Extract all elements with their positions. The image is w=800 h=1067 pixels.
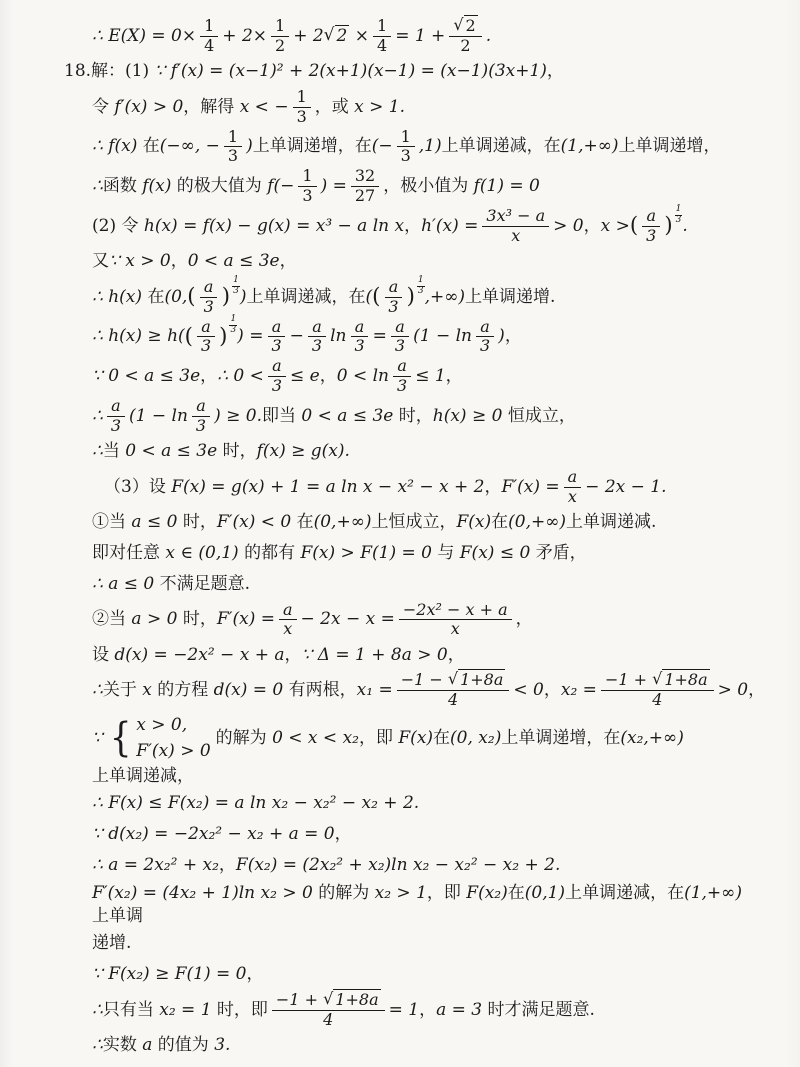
math-text: 上恒成立， [372,511,457,534]
math-text: ln [330,325,346,348]
math-text: a > 0 [131,608,182,631]
math-line: ∴当 0 < a ≤ 3e 时，f(x) ≥ g(x). [0,437,800,467]
fraction: a3 [268,357,286,396]
fraction: 3227 [351,167,379,206]
math-text: ≤ e [290,365,320,388]
math-text: 有两根， [289,679,357,702]
math-text: ∵ 0 < a ≤ 3e [92,365,200,388]
fraction: a3 [192,397,210,436]
math-line: ∴函数 f(x) 的极大值为 f(−13) =3227，极小值为 f(1) = … [0,167,800,206]
math-text: ∵ F(x₂) ≥ F(1) = 0 [92,963,246,986]
math-text: ∴ [92,175,103,198]
math-text: 不满足题意. [160,573,250,596]
math-text: 上单调递增，在 [253,135,372,158]
math-text: (−∞, − [160,135,220,158]
cases-system: {x > 0,F′(x) > 0 [108,711,211,765]
math-text: a [142,1034,158,1057]
math-line: ∴ h(x) 在(0,(a3)13)上单调递减，在((a3)13,+∞)上单调递… [0,278,800,317]
math-line: ∵{x > 0,F′(x) > 0的解为 0 < x < x₂，即 F(x)在(… [0,711,800,788]
math-text: (0,1) [525,882,565,905]
sqrt-radical: √2 [324,26,350,46]
math-text: ∴ [92,440,103,463]
math-text: x < − [240,96,289,119]
math-text: − 2x − x = [301,608,395,631]
case-row: F′(x) > 0 [136,738,210,764]
math-text: 与 [437,542,459,565]
powered-fraction: (a3)13 [372,278,425,317]
math-text: ， [547,60,564,83]
math-text: 的解为 [318,882,374,905]
math-text: ，极小值为 [383,175,473,198]
math-text: 时， [183,608,217,631]
math-text: ， [748,679,765,702]
math-text: ，即 [359,727,398,750]
fraction-exponent: 13 [229,315,237,336]
math-text: (1 − ln [413,325,472,348]
math-text: x₁ = [357,679,393,702]
math-text: 又 [92,250,109,273]
math-text: 设 [92,644,114,667]
fraction: a3 [384,278,402,317]
math-text: ∵ [92,727,103,750]
math-text: ) [246,135,253,158]
math-text: ， [484,476,501,499]
fraction: a3 [267,318,285,357]
math-text: ， [516,608,533,631]
fraction: −1 + √1+8a4 [272,991,385,1030]
math-text: d(x) = 0 [214,679,289,702]
math-text: 上单调递减，在 [565,882,684,905]
math-text: 实数 [103,1034,142,1057]
math-text: 的都有 [244,542,300,565]
math-line: ∴a3(1 − lna3) ≥ 0.即当 0 < a ≤ 3e 时，h(x) ≥… [0,397,800,436]
math-text: F(x) ≤ 0 [460,542,536,565]
fraction: a3 [391,318,409,357]
fraction: a3 [642,207,660,246]
math-line: ①当 a ≤ 0 时，F′(x) < 0 在(0,+∞)上恒成立，F(x)在(0… [0,508,800,538]
math-text: ∴ [92,679,103,702]
powered-fraction: (a3)13 [630,207,683,246]
math-text: 上单调递增， [619,135,721,158]
math-text: h(x) = f(x) − g(x) = x³ − a ln x [144,215,404,238]
math-line: 递增. [0,929,800,959]
math-text: 0 < ln [337,365,389,388]
math-text: ) [240,286,247,309]
math-text: h′(x) = [421,215,478,238]
math-text: x > 1. [354,96,405,119]
math-text: f(1) = 0 [474,175,540,198]
math-text: ∴ f(x) [92,135,143,158]
math-text: > 0 [553,215,583,238]
math-text: 3. [214,1034,230,1057]
math-text: ， [200,365,217,388]
math-text: ,+∞) [425,286,465,309]
math-text: ， [320,365,337,388]
math-text: ， [446,365,463,388]
math-text: 的极大值为 [177,175,267,198]
math-text: ≤ 1 [415,365,445,388]
sqrt-radical: √1+8a [448,670,506,689]
math-text: ， [505,325,522,348]
math-text: 在 [433,727,450,750]
math-text: F′(x) = [501,476,559,499]
math-text: (1 − ln [129,405,188,428]
powered-fraction: (a3)13 [185,318,238,357]
math-text: 上单调递增，在 [501,727,620,750]
math-text: ∵ Δ = 1 + 8a > 0 [301,644,447,667]
math-text: (0,+∞) [508,511,566,534]
math-line: 设 d(x) = −2x² − x + a，∵ Δ = 1 + 8a > 0， [0,640,800,670]
math-text: d(x) = −2x² − x + a [114,644,284,667]
math-text: ②当 [92,608,131,631]
math-text: 0 < a ≤ 3e [188,250,280,273]
fraction: 14 [373,17,391,56]
math-text: 时， [223,440,257,463]
math-text: 上单调递减，在 [442,135,561,158]
math-text: 上单调递减，在 [246,286,365,309]
math-text: 上单调递增. [465,286,555,309]
math-text: f′(x) > 0 [114,96,183,119]
fraction: a3 [200,278,218,317]
fraction: √22 [449,17,481,56]
math-text: (2) 令 [92,215,144,238]
math-line: ②当 a > 0 时，F′(x) =ax− 2x − x =−2x² − x +… [0,601,800,640]
fraction: 14 [200,17,218,56]
math-line: ∴只有当 x₂ = 1 时，即−1 + √1+8a4= 1，a = 3 时才满足… [0,991,800,1030]
math-text: (0, [164,286,187,309]
math-text: x > [601,215,630,238]
math-text: 时， [183,511,217,534]
math-text: 的值为 [158,1034,214,1057]
math-line: ∴关于 x 的方程 d(x) = 0 有两根，x₁ =−1 − √1+8a4< … [0,671,800,710]
math-text: ， [219,854,236,877]
math-text: x₂ > 1 [375,882,427,905]
sqrt-radical: √1+8a [323,990,381,1009]
math-text: ∵ f′(x) = (x−1)² + 2(x+1)(x−1) = (x−1)(3… [155,60,547,83]
math-text: ∴ E(X) = 0× [92,25,196,48]
math-line: （3）设 F(x) = g(x) + 1 = a ln x − x² − x +… [0,468,800,507]
math-text: ∵ d(x₂) = −2x₂² − x₂ + a = 0 [92,823,335,846]
math-text: ( [365,286,372,309]
math-text: 令 [92,96,114,119]
math-text: 上单调 [92,905,143,928]
math-line: ∵ d(x₂) = −2x₂² − x₂ + a = 0， [0,820,800,850]
math-text: a = 3 [436,999,487,1022]
math-text: = [373,325,387,348]
math-line: (2) 令 h(x) = f(x) − g(x) = x³ − a ln x，h… [0,207,800,246]
fraction: 13 [298,167,316,206]
math-line: ∵ 0 < a ≤ 3e，∴ 0 <a3≤ e，0 < lna3≤ 1， [0,357,800,396]
math-text: ∴ [92,1034,103,1057]
left-brace: { [110,711,132,765]
math-text: > 0 [718,679,748,702]
math-text: 的解为 [216,727,272,750]
math-text: F(x) [457,511,492,534]
fraction: a3 [107,397,125,436]
math-text: ∴ h(x) [92,286,147,309]
math-solution-body: ∴ E(X) = 0×14+ 2×12+ 2√2 ×14= 1 +√22.18.… [0,17,800,1061]
math-text: . [486,25,491,48]
fraction-exponent: 13 [675,205,683,226]
math-text: ， [280,250,297,273]
math-line: ∴ E(X) = 0×14+ 2×12+ 2√2 ×14= 1 +√22. [0,17,800,56]
math-text: ，解得 [183,96,239,119]
math-text: (1,+∞) [561,135,619,158]
math-text: 恒成立， [508,405,576,428]
math-text: 0 < a ≤ 3e [125,440,222,463]
math-text: 当 [103,440,125,463]
math-text: f(x) ≥ g(x). [257,440,350,463]
math-line: ∴ h(x) ≥ h((a3)13) =a3−a3lna3=a3(1 − lna… [0,318,800,357]
math-text: F(x) > F(1) = 0 [301,542,438,565]
math-text: ) = [237,325,263,348]
math-text: ①当 [92,511,131,534]
fraction: 12 [271,17,289,56]
math-text: 0 < a ≤ 3e [301,405,398,428]
math-text: 时， [399,405,433,428]
math-text: 上单调递减. [566,511,656,534]
fraction: a3 [197,318,215,357]
math-line: 令 f′(x) > 0，解得 x < −13，或 x > 1. [0,88,800,127]
math-text: 只有当 [103,999,159,1022]
math-text: = 1 + [395,25,445,48]
sqrt-radical: √1+8a [652,670,710,689]
math-text: a ≤ 0 [131,511,182,534]
math-text: F(x₂) [466,882,507,905]
fraction: 13 [397,128,415,167]
math-line: 即对任意 x ∈ (0,1) 的都有 F(x) > F(1) = 0 与 F(x… [0,539,800,569]
math-line: ∴ f(x) 在(−∞, −13)上单调递增，在(−13,1)上单调递减，在(1… [0,128,800,167]
sqrt-radical: √2 [453,16,477,35]
math-line: ∴ a = 2x₂² + x₂，F(x₂) = (2x₂² + x₂)ln x₂… [0,851,800,881]
math-text: h(x) ≥ 0 [433,405,508,428]
powered-fraction: (a3)13 [187,278,240,317]
math-text: x₂ = 1 [159,999,217,1022]
math-text: 在 [297,511,314,534]
math-text: ，即 [427,882,466,905]
math-text: 矛盾， [536,542,587,565]
math-text: 在 [147,286,164,309]
math-text: 在 [143,135,160,158]
math-text: ， [584,215,601,238]
math-text: ) = [321,175,347,198]
math-text: ∴ [92,999,103,1022]
math-text: (0, x₂) [450,727,501,750]
math-text: < 0 [513,679,543,702]
math-line: ∵ F(x₂) ≥ F(1) = 0， [0,960,800,990]
math-text: ∴ a ≤ 0 [92,573,160,596]
math-text: F(x) = g(x) + 1 = a ln x − x² − x + 2 [171,476,484,499]
math-text: (1,+∞) [684,882,742,905]
fraction: ax [279,601,297,640]
math-text: 在 [508,882,525,905]
math-line: 又∵ x > 0，0 < a ≤ 3e， [0,247,800,277]
fraction: a3 [393,357,411,396]
fraction: 13 [224,128,242,167]
math-text: ∴ 0 < [217,365,264,388]
math-text: ， [171,250,188,273]
math-text: + 2× [222,25,267,48]
math-text: ,1) [419,135,442,158]
math-text: x [142,679,157,702]
math-text: 时才满足题意. [488,999,595,1022]
fraction: 3x³ − ax [482,207,549,246]
math-text: (− [372,135,393,158]
math-text: ∴ [92,405,103,428]
math-text: ) ≥ 0. [214,405,262,428]
fraction: ax [564,468,582,507]
math-text: 上单调递减， [92,765,194,788]
fraction: −1 + √1+8a4 [601,671,714,710]
fraction: a3 [308,318,326,357]
math-text: − [290,325,304,348]
math-text: (x₂,+∞) [620,727,683,750]
math-text: f(x) [142,175,177,198]
math-text: 在 [491,511,508,534]
math-text: （3）设 [104,476,171,499]
math-text: (0,+∞) [314,511,372,534]
math-text: 的方程 [157,679,213,702]
scanned-document-page: ∴ E(X) = 0×14+ 2×12+ 2√2 ×14= 1 +√22.18.… [0,0,800,1067]
math-text: 即对任意 [92,542,165,565]
math-line: 18.解：(1) ∵ f′(x) = (x−1)² + 2(x+1)(x−1) … [0,57,800,87]
math-text: ， [284,644,301,667]
math-text: x₂ = [561,679,597,702]
math-text: = 1 [389,999,419,1022]
math-text: ∴ a = 2x₂² + x₂ [92,854,219,877]
math-text: F′(x) = [217,608,275,631]
math-text: 关于 [103,679,142,702]
math-text: ， [404,215,421,238]
math-text: F(x) [398,727,433,750]
math-text: ， [448,644,465,667]
fraction-exponent: 13 [417,276,425,297]
fraction: a3 [476,318,494,357]
math-text: ， [544,679,561,702]
math-text: ， [246,963,263,986]
math-text: . [682,215,687,238]
math-text: + 2√2 × [293,25,369,48]
math-line: ∴实数 a 的值为 3. [0,1031,800,1061]
math-text: F′(x₂) = (4x₂ + 1)ln x₂ > 0 [92,882,318,905]
math-text: F′(x) < 0 [217,511,297,534]
math-line: ∴ F(x) ≤ F(x₂) = a ln x₂ − x₂² − x₂ + 2. [0,789,800,819]
math-text: 时，即 [217,999,268,1022]
math-line: F′(x₂) = (4x₂ + 1)ln x₂ > 0 的解为 x₂ > 1，即… [0,882,800,928]
math-text: 18.解：(1) [64,60,155,83]
math-text: ∴ F(x) ≤ F(x₂) = a ln x₂ − x₂² − x₂ + 2. [92,792,419,815]
fraction: 13 [293,88,311,127]
math-text: 0 < x < x₂ [272,727,359,750]
math-text: 递增. [92,932,131,955]
math-text: 函数 [103,175,142,198]
math-text: ∴ h(x) ≥ h( [92,325,185,348]
math-text: F(x₂) = (2x₂² + x₂)ln x₂ − x₂² − x₂ + 2. [236,854,560,877]
fraction: −2x² − x + ax [399,601,512,640]
fraction: −1 − √1+8a4 [397,671,510,710]
math-line: ∴ a ≤ 0 不满足题意. [0,570,800,600]
math-text: − 2x − 1. [585,476,666,499]
math-text: 即当 [262,405,301,428]
fraction: a3 [350,318,368,357]
fraction-exponent: 13 [232,276,240,297]
math-text: ， [419,999,436,1022]
math-text: ，或 [315,96,354,119]
math-text: x ∈ (0,1) [165,542,244,565]
math-text: ) [498,325,505,348]
math-text: ∵ x > 0 [109,250,171,273]
math-text: ， [335,823,352,846]
math-text: f(− [267,175,294,198]
case-row: x > 0, [136,712,210,738]
